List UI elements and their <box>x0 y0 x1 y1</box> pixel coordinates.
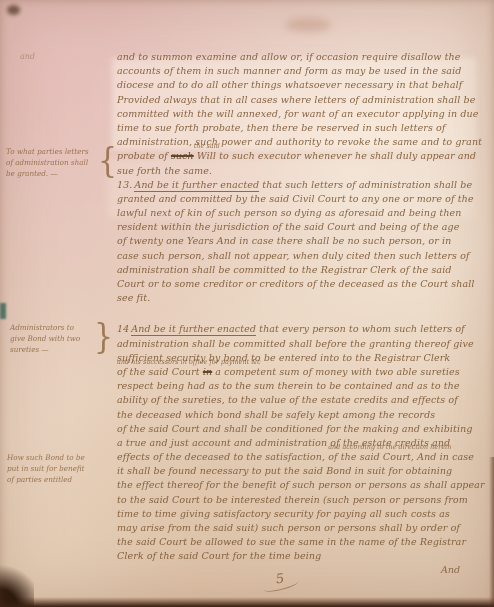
catchword: And <box>441 565 460 576</box>
manuscript-text-column: and to summon examine and allow or, if o… <box>117 51 479 565</box>
struck-word: such <box>171 151 194 162</box>
manuscript-line: Clerk of the said Court for the time bei… <box>117 550 479 564</box>
manuscript-photo: and To what parties lettersof administra… <box>0 0 494 607</box>
photo-corner-shadow <box>0 559 34 607</box>
manuscript-line: administration shall be committed to the… <box>117 264 479 278</box>
insertion-text: and his successors in office for payment… <box>117 359 261 366</box>
manuscript-line: the said Court be allowed to sue the sam… <box>117 536 479 550</box>
margin-note-line: put in suit for benefit <box>7 463 103 474</box>
margin-brace: } <box>94 317 113 357</box>
margin-note-administrators-bond: Administrators togive Bond with twosuret… <box>10 322 94 355</box>
manuscript-line-with-correction: probate of suchthe said Will to such exe… <box>117 150 479 164</box>
margin-note-line: Administrators to <box>10 322 94 333</box>
corner-stain <box>7 5 20 15</box>
manuscript-line-with-insertion: effects of the deceased to the satisfact… <box>117 451 479 465</box>
manuscript-line: it shall be found necessary to put the s… <box>117 465 479 479</box>
section-number: 14 <box>117 324 129 335</box>
manuscript-line: administration shall be committed shall … <box>117 338 479 352</box>
margin-note-line: How such Bond to be <box>7 452 103 463</box>
enacting-clause: And be it further enacted <box>134 180 259 192</box>
manuscript-line: Provided always that in all cases where … <box>117 94 479 108</box>
photo-edge-bottom <box>0 597 494 607</box>
margin-note-line: of parties entitled <box>7 474 103 485</box>
margin-note-line: sureties — <box>10 344 94 355</box>
line-text: that such letters of administration shal… <box>259 180 472 191</box>
manuscript-line: the deceased which bond shall be safely … <box>117 409 479 423</box>
manuscript-line: case such person, shall not appear, when… <box>117 250 479 264</box>
section-13: 13.And be it further enacted that such l… <box>117 179 479 307</box>
section-14: 14And be it further enacted that every p… <box>117 323 479 564</box>
section-number: 13. <box>117 180 132 191</box>
margin-note-bond-in-suit: How such Bond to beput in suit for benef… <box>7 452 103 485</box>
line-text: effects of the deceased to the satisfact… <box>117 452 328 463</box>
manuscript-line: may arise from the said suit) such perso… <box>117 522 479 536</box>
manuscript-line: respect being had as to the sum therein … <box>117 380 479 394</box>
manuscript-line: of the said Court and shall be condition… <box>117 423 479 437</box>
manuscript-line: Court or to some creditor or creditors o… <box>117 278 479 292</box>
manuscript-line: administration, such power and authority… <box>117 136 479 150</box>
paper-smudge <box>285 18 331 32</box>
manuscript-line: time to sue forth probate, then there be… <box>117 122 479 136</box>
manuscript-line: and to summon examine and allow or, if o… <box>117 51 479 65</box>
line-text: that every person to whom such letters o… <box>256 324 465 335</box>
manuscript-line: see fit. <box>117 292 479 306</box>
manuscript-line: time to time giving satisfactory securit… <box>117 508 479 522</box>
line-text: a competent sum of money with two able s… <box>212 367 460 378</box>
manuscript-line: of twenty one Years And in case there sh… <box>117 235 479 249</box>
continuation-paragraph: and to summon examine and allow or, if o… <box>117 51 479 179</box>
margin-note-line: of administration shall <box>6 157 98 168</box>
manuscript-line: ability of the sureties, to the value of… <box>117 394 479 408</box>
insertion-text: and according to the direction herein <box>328 444 451 451</box>
insertion-text: the said <box>194 143 220 150</box>
manuscript-line: to the said Court to be interested there… <box>117 494 479 508</box>
manuscript-line: granted and committed by the said Civil … <box>117 193 479 207</box>
line-text: of the said Court <box>117 367 203 378</box>
margin-brace: { <box>98 141 117 181</box>
photo-edge-right <box>489 457 494 607</box>
struck-word: in <box>203 367 212 378</box>
line-text: of the said Court, And in case <box>328 452 474 463</box>
manuscript-line: lawful next of kin of such person so dyi… <box>117 207 479 221</box>
manuscript-line: diocese and to do all other things whats… <box>117 79 479 93</box>
manuscript-line: the effect thereof for the benefit of su… <box>117 479 479 493</box>
line-text: probate of <box>117 151 171 162</box>
manuscript-line: accounts of them in such manner and form… <box>117 65 479 79</box>
edge-mark <box>0 303 6 319</box>
section-heading-line: 13.And be it further enacted that such l… <box>117 179 479 193</box>
line-text: Will to such executor whenever he shall … <box>194 151 476 162</box>
margin-note-line: be granted. — <box>6 168 98 179</box>
manuscript-line: sue forth the same. <box>117 165 479 179</box>
margin-note-line: give Bond with two <box>10 333 94 344</box>
enacting-clause: And be it further enacted <box>131 324 256 336</box>
manuscript-line-with-insertion: and his successors in office for payment… <box>117 366 479 380</box>
margin-note-letters-granted: To what parties lettersof administration… <box>6 146 98 179</box>
manuscript-line: committed with the will annexed, for wan… <box>117 108 479 122</box>
manuscript-line: resident within the jurisdiction of the … <box>117 221 479 235</box>
section-heading-line: 14And be it further enacted that every p… <box>117 323 479 337</box>
faint-catchword-top: and <box>20 52 35 61</box>
margin-note-line: To what parties letters <box>6 146 98 157</box>
